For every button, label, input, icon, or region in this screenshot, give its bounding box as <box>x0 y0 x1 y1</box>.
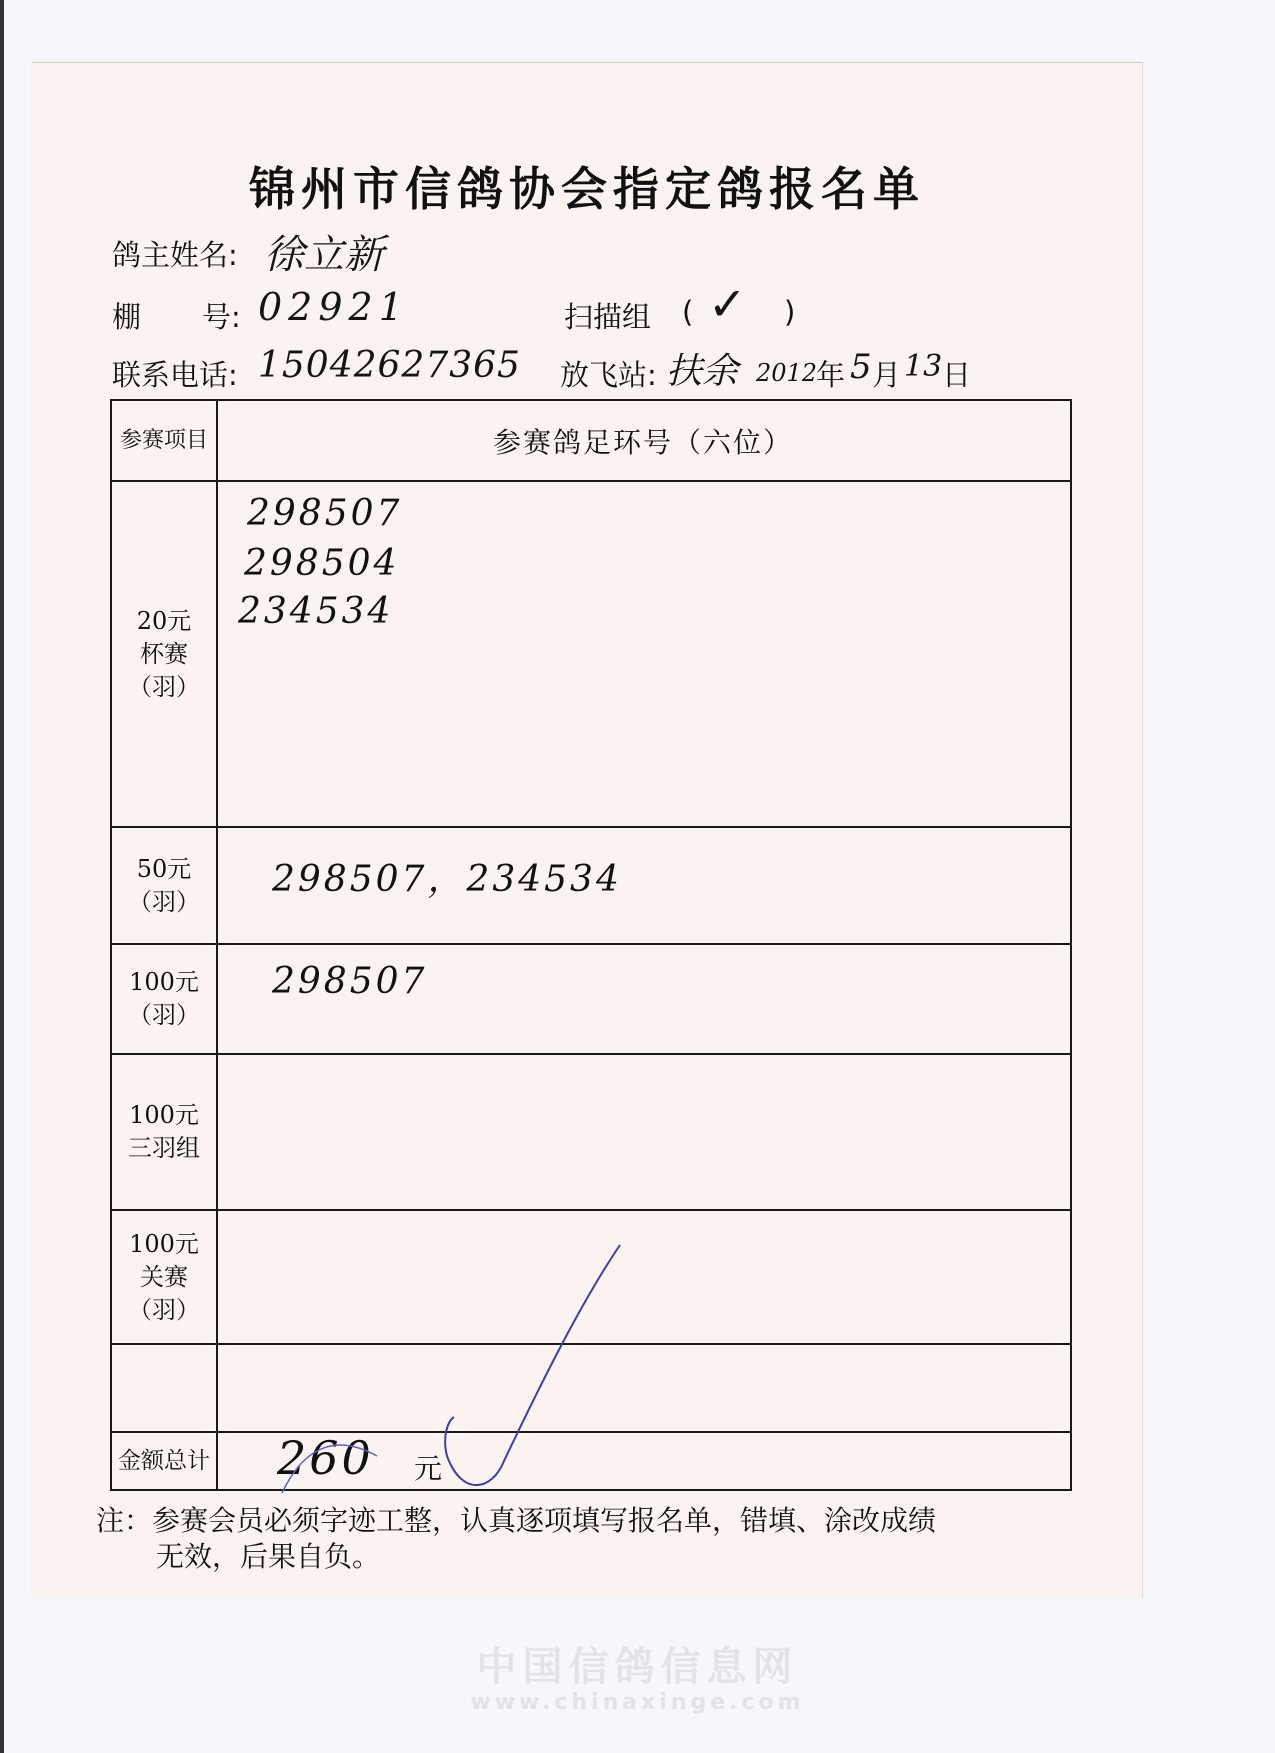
form-title: 锦州市信鸽协会指定鸽报名单 <box>32 153 1142 219</box>
category-20-cup: 20元 杯赛 （羽） <box>112 482 216 826</box>
form-note: 注：参赛会员必须字迹工整，认真逐项填写报名单，错填、涂改成绩 无效，后果自负。 <box>96 1503 1116 1575</box>
row-divider <box>112 480 1070 482</box>
note-line-2: 无效，后果自负。 <box>96 1539 1116 1575</box>
category-line: 50元 <box>128 853 200 886</box>
column-divider <box>216 401 218 1489</box>
watermark-site-name: 中国信鸽信息网 <box>0 1635 1275 1692</box>
category-line: （羽） <box>128 1294 200 1327</box>
ring-number[interactable]: 298507 <box>247 493 402 534</box>
category-100: 100元 （羽） <box>112 945 216 1053</box>
release-station-label: 放飞站: <box>560 353 657 394</box>
category-line: 100元 <box>128 1099 200 1132</box>
category-line: （羽） <box>128 999 200 1032</box>
ring-number[interactable]: 298507 <box>272 961 427 1002</box>
category-line: 20元 <box>128 605 200 638</box>
month-unit: 月 <box>872 353 901 394</box>
row-divider <box>112 826 1070 828</box>
scan-group-paren-close: ) <box>784 295 795 329</box>
owner-name-value[interactable]: 徐立新 <box>264 223 384 280</box>
year-unit: 年 <box>816 353 845 394</box>
header-ring-numbers: 参赛鸽足环号（六位） <box>216 401 1070 480</box>
ring-number[interactable]: 298507，234534 <box>272 851 622 902</box>
note-line-1: 注：参赛会员必须字迹工整，认真逐项填写报名单，错填、涂改成绩 <box>96 1504 936 1537</box>
category-line: 三羽组 <box>128 1132 200 1165</box>
row-divider <box>112 943 1070 945</box>
release-year[interactable]: 2012 <box>756 359 817 387</box>
scanner-edge <box>0 0 4 1753</box>
category-line: 100元 <box>128 966 200 999</box>
pen-checkmark-icon <box>242 1241 692 1501</box>
total-label: 金额总计 <box>112 1433 216 1489</box>
watermark-url: www.chinaxinge.com <box>0 1690 1275 1715</box>
release-month[interactable]: 5 <box>850 347 872 387</box>
release-station-value[interactable]: 扶余 <box>666 343 738 394</box>
ring-number[interactable]: 234534 <box>238 591 393 632</box>
scan-group-paren-open: ( <box>682 295 693 329</box>
category-50: 50元 （羽） <box>112 828 216 943</box>
entry-table: 参赛项目 参赛鸽足环号（六位） 20元 杯赛 （羽） 298507 298504… <box>110 399 1072 1491</box>
scan-group-label: 扫描组 <box>564 295 651 336</box>
loft-number-label-1: 棚 <box>112 295 141 336</box>
release-day[interactable]: 13 <box>904 349 942 384</box>
day-unit: 日 <box>942 353 971 394</box>
ring-number[interactable]: 298504 <box>244 543 399 584</box>
category-line: 关赛 <box>128 1261 200 1294</box>
category-line: 杯赛 <box>128 638 200 671</box>
owner-name-label: 鸽主姓名: <box>112 233 238 274</box>
phone-value[interactable]: 15042627365 <box>258 345 521 386</box>
header-category: 参赛项目 <box>112 401 216 480</box>
phone-label: 联系电话: <box>112 353 238 394</box>
loft-number-label-2: 号: <box>202 295 241 336</box>
category-line: 100元 <box>128 1228 200 1261</box>
row-divider <box>112 1053 1070 1055</box>
category-100-final: 100元 关赛 （羽） <box>112 1211 216 1343</box>
registration-form-paper: 锦州市信鸽协会指定鸽报名单 鸽主姓名: 徐立新 棚 号: 02921 扫描组 (… <box>32 62 1143 1598</box>
row-divider <box>112 1209 1070 1211</box>
loft-number-value[interactable]: 02921 <box>258 285 409 329</box>
category-line: （羽） <box>128 671 200 704</box>
category-line: （羽） <box>128 886 200 919</box>
scan-group-checkmark[interactable]: ✓ <box>708 277 747 331</box>
category-100-three-bird: 100元 三羽组 <box>112 1055 216 1209</box>
